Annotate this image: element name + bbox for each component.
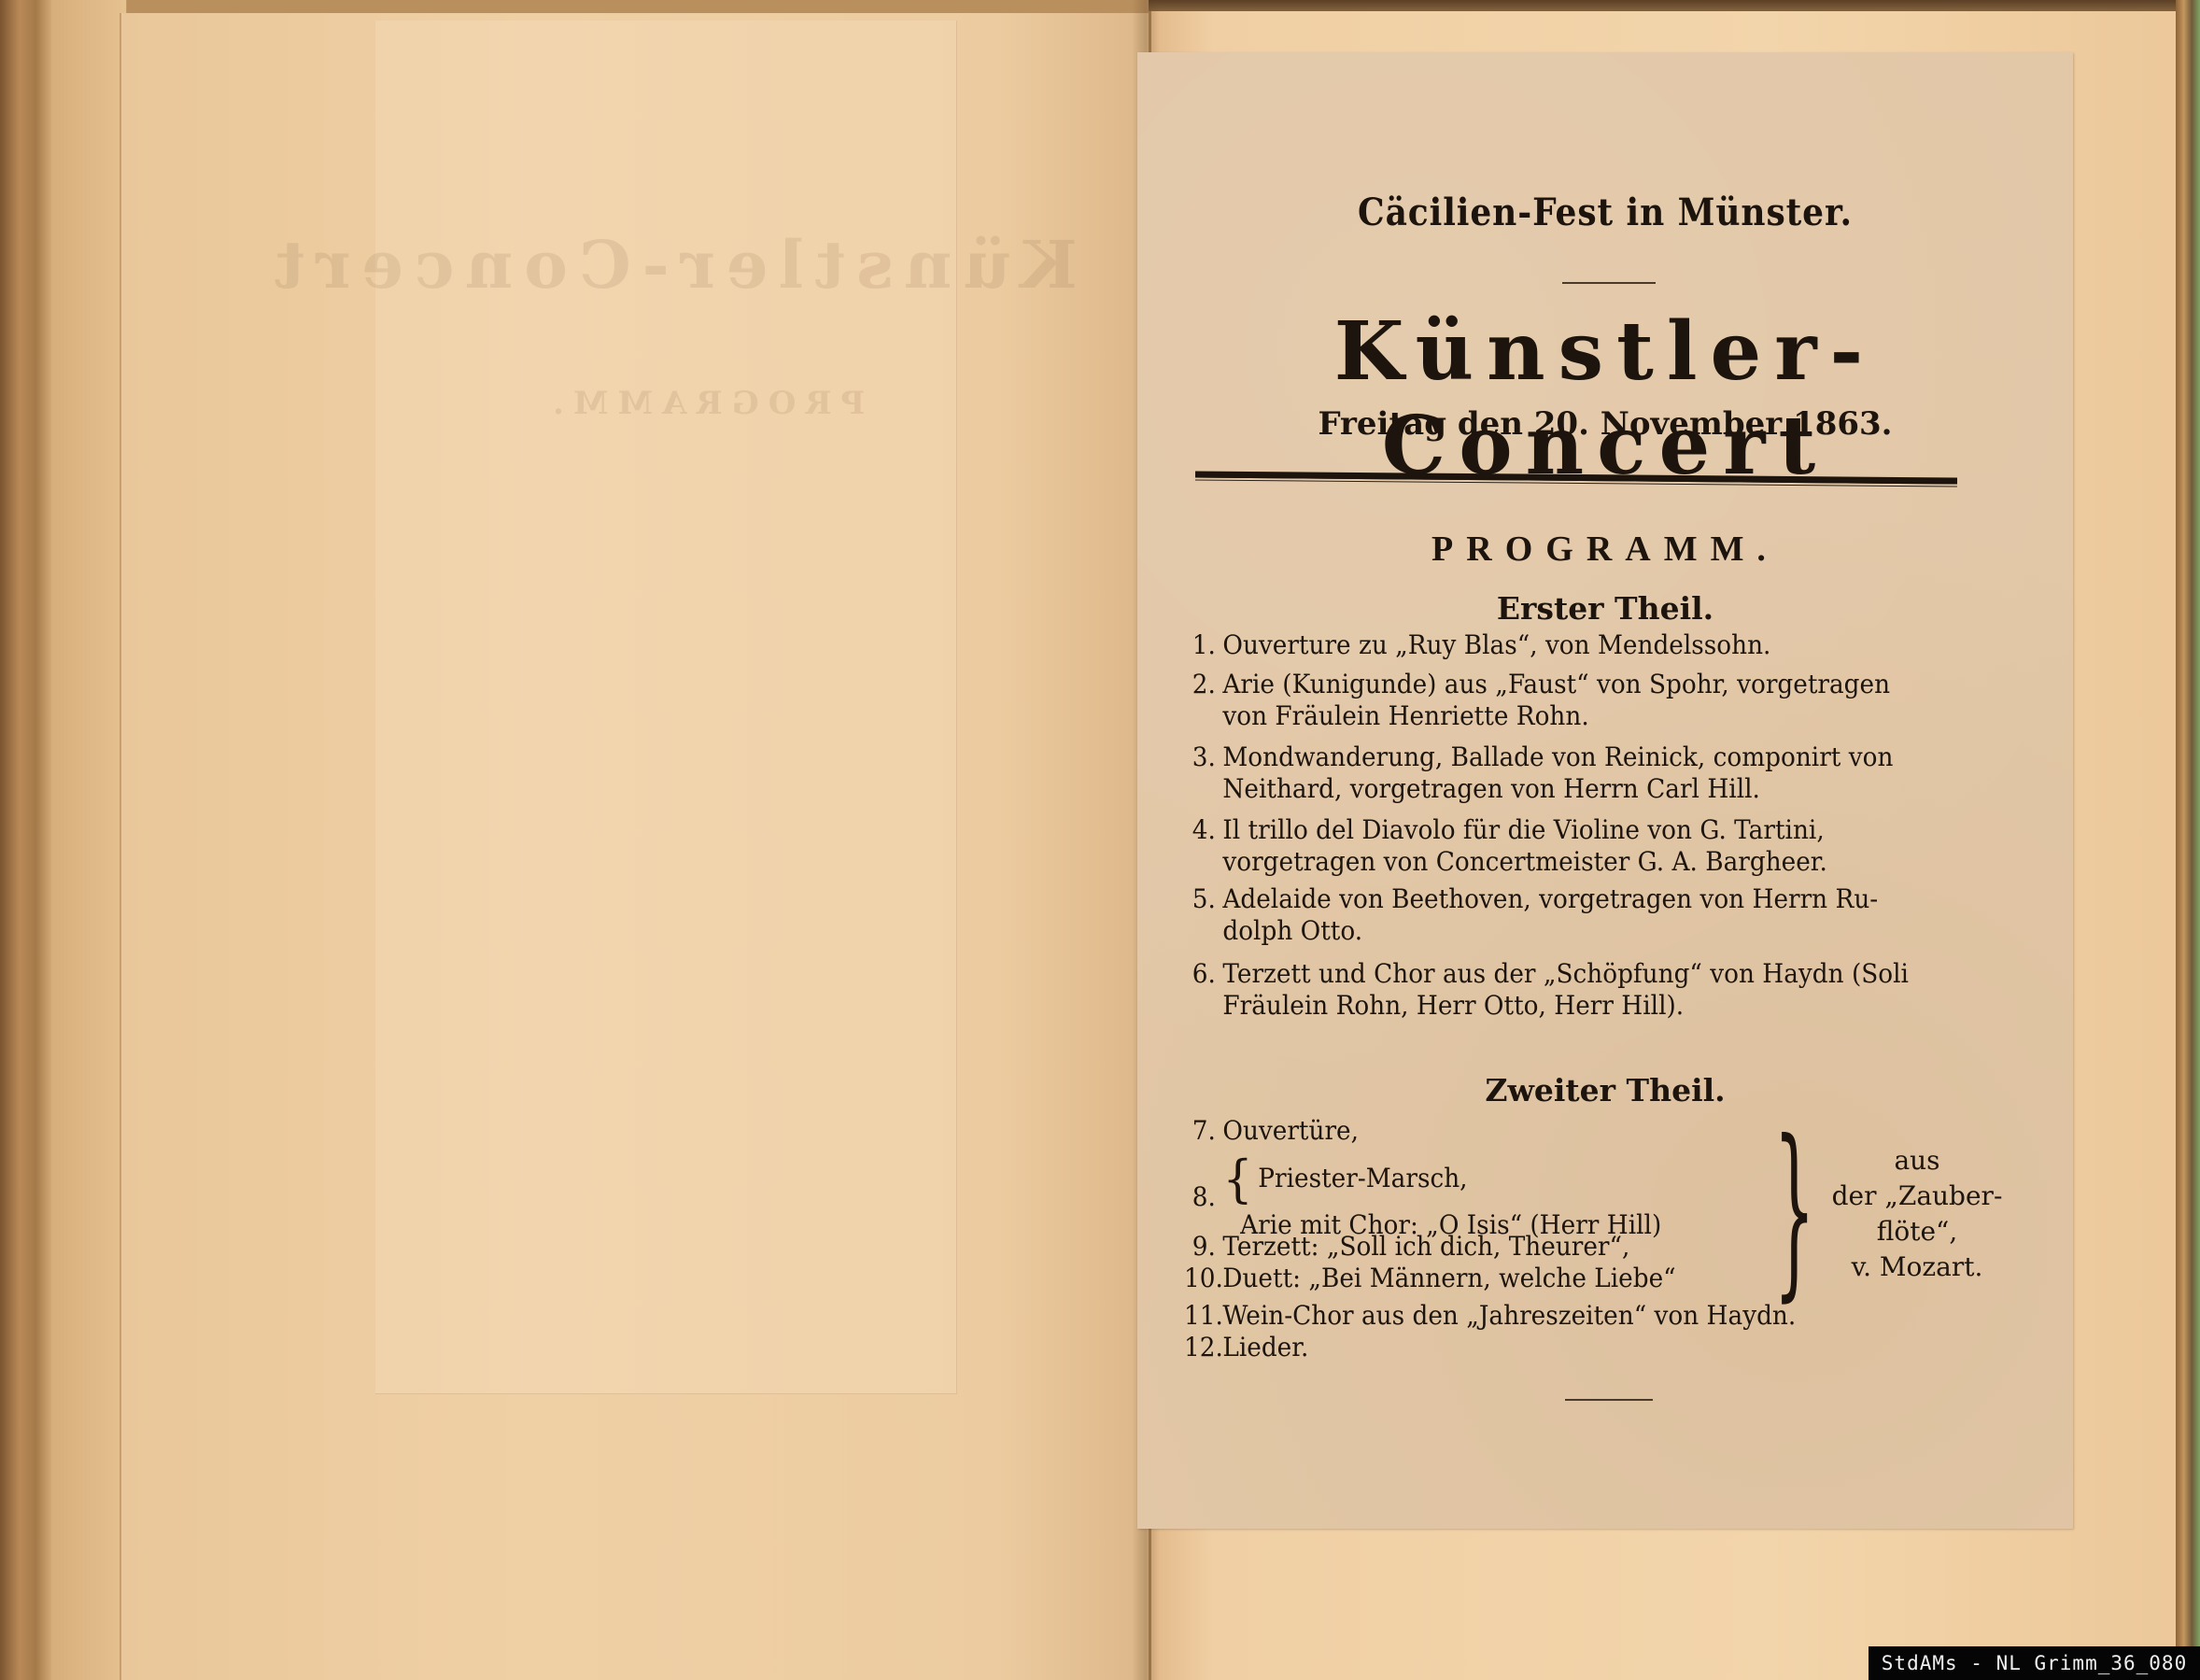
program-heading: PROGRAMM.: [1137, 529, 2073, 570]
part-one-heading: Erster Theil.: [1137, 590, 2073, 627]
program-sheet: Cäcilien-Fest in Münster. Künstler-Conce…: [1137, 52, 2073, 1529]
divider-short-top: [1562, 282, 1656, 284]
concert-date: Freitag den 20. November 1863.: [1137, 405, 2073, 443]
right-brace-icon: }: [1773, 1117, 1815, 1304]
program-item-11: 11.Wein-Chor aus den „Jahreszeiten“ von …: [1184, 1300, 1948, 1332]
book-edge-right: [2176, 0, 2200, 1680]
showthrough-area: Künstler-Concert PROGRAMM.: [375, 21, 957, 1394]
bracket-note: aus der „Zauber- flöte“, v. Mozart.: [1824, 1143, 2010, 1285]
program-item-7: 7.Ouvertüre,: [1184, 1115, 1948, 1147]
concert-title: Künstler-Concert: [1137, 304, 2073, 493]
program-item-3: 3.Mondwanderung, Ballade von Reinick, co…: [1184, 741, 1948, 805]
program-item-2: 2.Arie (Kunigunde) aus „Faust“ von Spohr…: [1184, 669, 1948, 732]
showthrough-programm: PROGRAMM.: [543, 385, 865, 422]
page-stack-left: [51, 0, 127, 1680]
program-item-5: 5.Adelaide von Beethoven, vorgetragen vo…: [1184, 883, 1948, 947]
divider-short-bottom: [1565, 1399, 1653, 1401]
left-brace-icon: {: [1222, 1150, 1252, 1208]
showthrough-title: Künstler-Concert: [263, 226, 1078, 304]
left-page: Künstler-Concert PROGRAMM.: [120, 13, 1153, 1680]
program-item-4: 4.Il trillo del Diavolo für die Violine …: [1184, 814, 1948, 878]
program-item-12: 12.Lieder.: [1184, 1332, 1948, 1363]
program-item-1: 1.Ouverture zu „Ruy Blas“, von Mendelsso…: [1184, 629, 1948, 661]
part-two-heading: Zweiter Theil.: [1137, 1072, 2073, 1108]
program-item-6: 6.Terzett und Chor aus der „Schöpfung“ v…: [1184, 958, 1948, 1022]
archive-label: StdAMs - NL Grimm_36_080: [1869, 1646, 2200, 1680]
event-subtitle: Cäcilien-Fest in Münster.: [1184, 191, 2026, 234]
